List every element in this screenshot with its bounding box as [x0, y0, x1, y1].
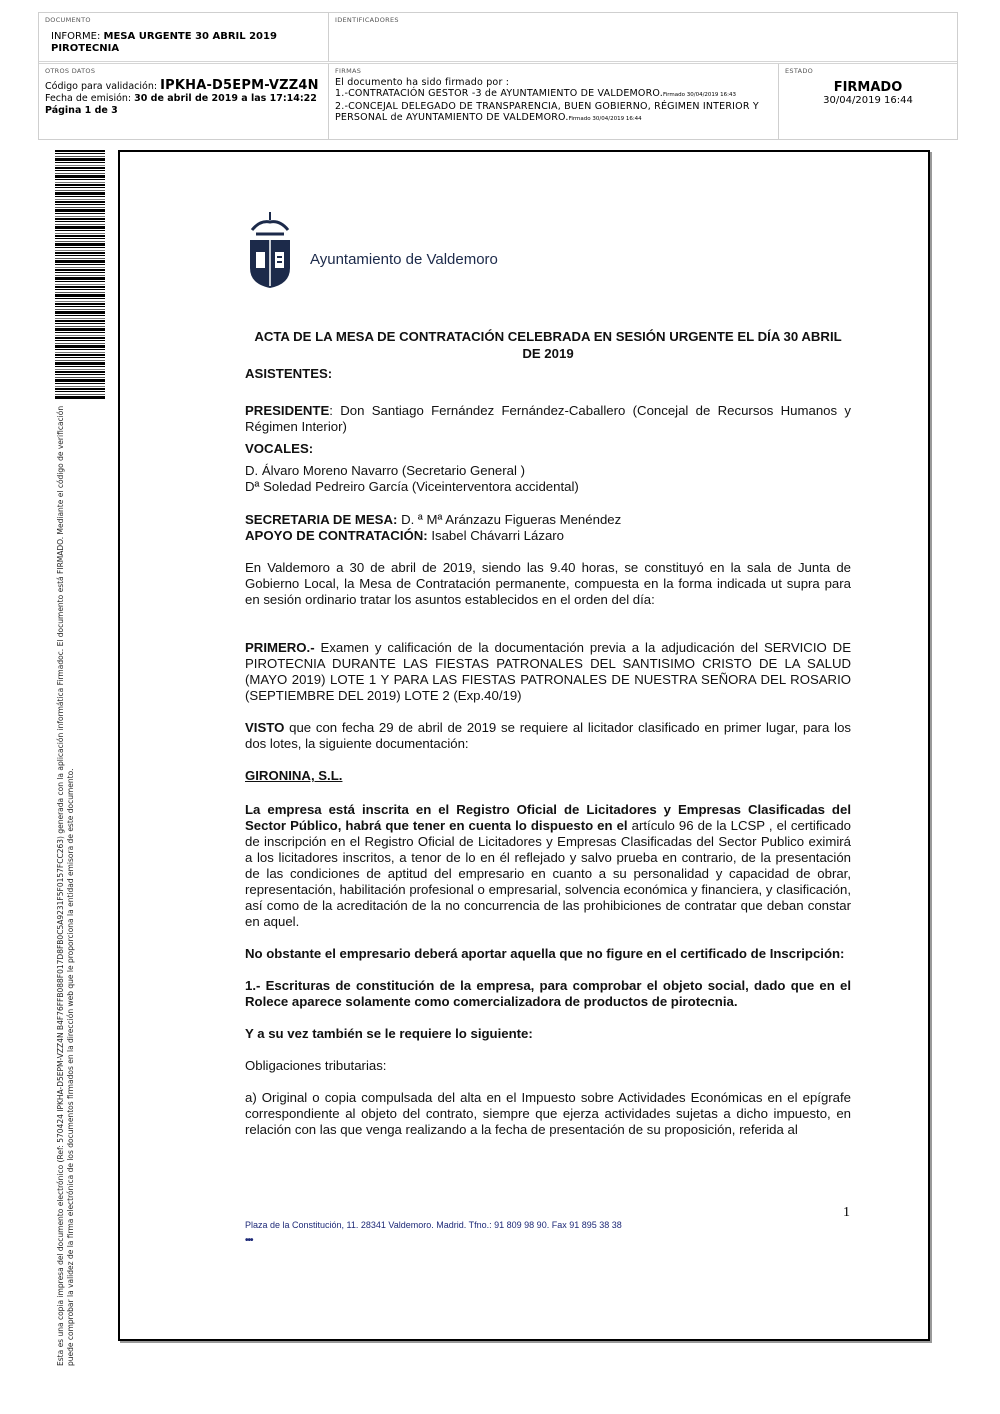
document-title: INFORME: MESA URGENTE 30 ABRIL 2019 PIRO… [51, 31, 322, 55]
footer-dots: ••• [245, 1235, 253, 1246]
firmas-cell: FIRMAS El documento ha sido firmado por … [329, 64, 779, 139]
emission-date: Fecha de emisión: 30 de abril de 2019 a … [45, 93, 322, 105]
signature-entry: 2.-CONCEJAL DELEGADO DE TRANSPARENCIA, B… [335, 101, 772, 125]
firmas-intro: El documento ha sido firmado por : [335, 77, 772, 88]
verification-side-text: Esta es una copia impresa del documento … [56, 386, 76, 1366]
otros-datos-caption: OTROS DATOS [45, 67, 322, 75]
document-page-frame: Ayuntamiento de Valdemoro ACTA DE LA MES… [118, 150, 930, 1341]
presidente-paragraph: PRESIDENTE: Don Santiago Fernández Ferná… [245, 403, 851, 435]
registro-paragraph: La empresa está inscrita en el Registro … [245, 802, 851, 930]
page-number: 1 [843, 1205, 850, 1221]
documento-cell: DOCUMENTO INFORME: MESA URGENTE 30 ABRIL… [39, 13, 329, 61]
apoyo-line: APOYO DE CONTRATACIÓN: Isabel Chávarri L… [245, 528, 851, 544]
footer-address: Plaza de la Constitución, 11. 28341 Vald… [245, 1220, 622, 1230]
estado-cell: ESTADO FIRMADO 30/04/2019 16:44 [779, 64, 957, 139]
requirement-1: 1.- Escrituras de constitución de la emp… [245, 978, 851, 1010]
coat-of-arms-icon [246, 210, 294, 290]
estado-caption: ESTADO [785, 67, 951, 75]
barcode [55, 150, 105, 400]
validation-code: Código para validación: IPKHA-D5EPM-VZZ4… [45, 80, 322, 93]
asistentes-heading: ASISTENTES: [245, 366, 851, 382]
vocales-heading: VOCALES: [245, 441, 851, 457]
firmas-caption: FIRMAS [335, 67, 772, 75]
document-body: ACTA DE LA MESA DE CONTRATACIÓN CELEBRAD… [245, 328, 851, 1138]
also-required-heading: Y a su vez también se le requiere lo sig… [245, 1026, 851, 1042]
otros-datos-cell: OTROS DATOS Código para validación: IPKH… [39, 64, 329, 139]
status-date: 30/04/2019 16:44 [785, 95, 951, 106]
document-header: DOCUMENTO INFORME: MESA URGENTE 30 ABRIL… [38, 12, 958, 140]
signature-entry: 1.-CONTRATACIÓN GESTOR -3 de AYUNTAMIENT… [335, 88, 772, 101]
page-indicator: Página 1 de 3 [45, 105, 322, 117]
company-name: GIRONINA, S.L. [245, 768, 851, 784]
secretaria-line: SECRETARIA DE MESA: D. ª Mª Aránzazu Fig… [245, 512, 851, 528]
identificadores-caption: IDENTIFICADORES [335, 16, 951, 24]
visto-paragraph: VISTO que con fecha 29 de abril de 2019 … [245, 720, 851, 752]
status-badge: FIRMADO [785, 80, 951, 95]
document-heading: ACTA DE LA MESA DE CONTRATACIÓN CELEBRAD… [245, 328, 851, 362]
vocal-item: Dª Soledad Pedreiro García (Viceinterven… [245, 479, 851, 495]
intro-paragraph: En Valdemoro a 30 de abril de 2019, sien… [245, 560, 851, 608]
letterhead-logo: Ayuntamiento de Valdemoro [246, 210, 498, 290]
org-name: Ayuntamiento de Valdemoro [310, 251, 498, 268]
requirement-a: a) Original o copia compulsada del alta … [245, 1090, 851, 1138]
obligaciones-heading: Obligaciones tributarias: [245, 1058, 851, 1074]
vocal-item: D. Álvaro Moreno Navarro (Secretario Gen… [245, 463, 851, 479]
identificadores-cell: IDENTIFICADORES [329, 13, 957, 61]
no-obstante-paragraph: No obstante el empresario deberá aportar… [245, 946, 851, 962]
documento-caption: DOCUMENTO [45, 16, 322, 24]
primero-paragraph: PRIMERO.- Examen y calificación de la do… [245, 640, 851, 704]
